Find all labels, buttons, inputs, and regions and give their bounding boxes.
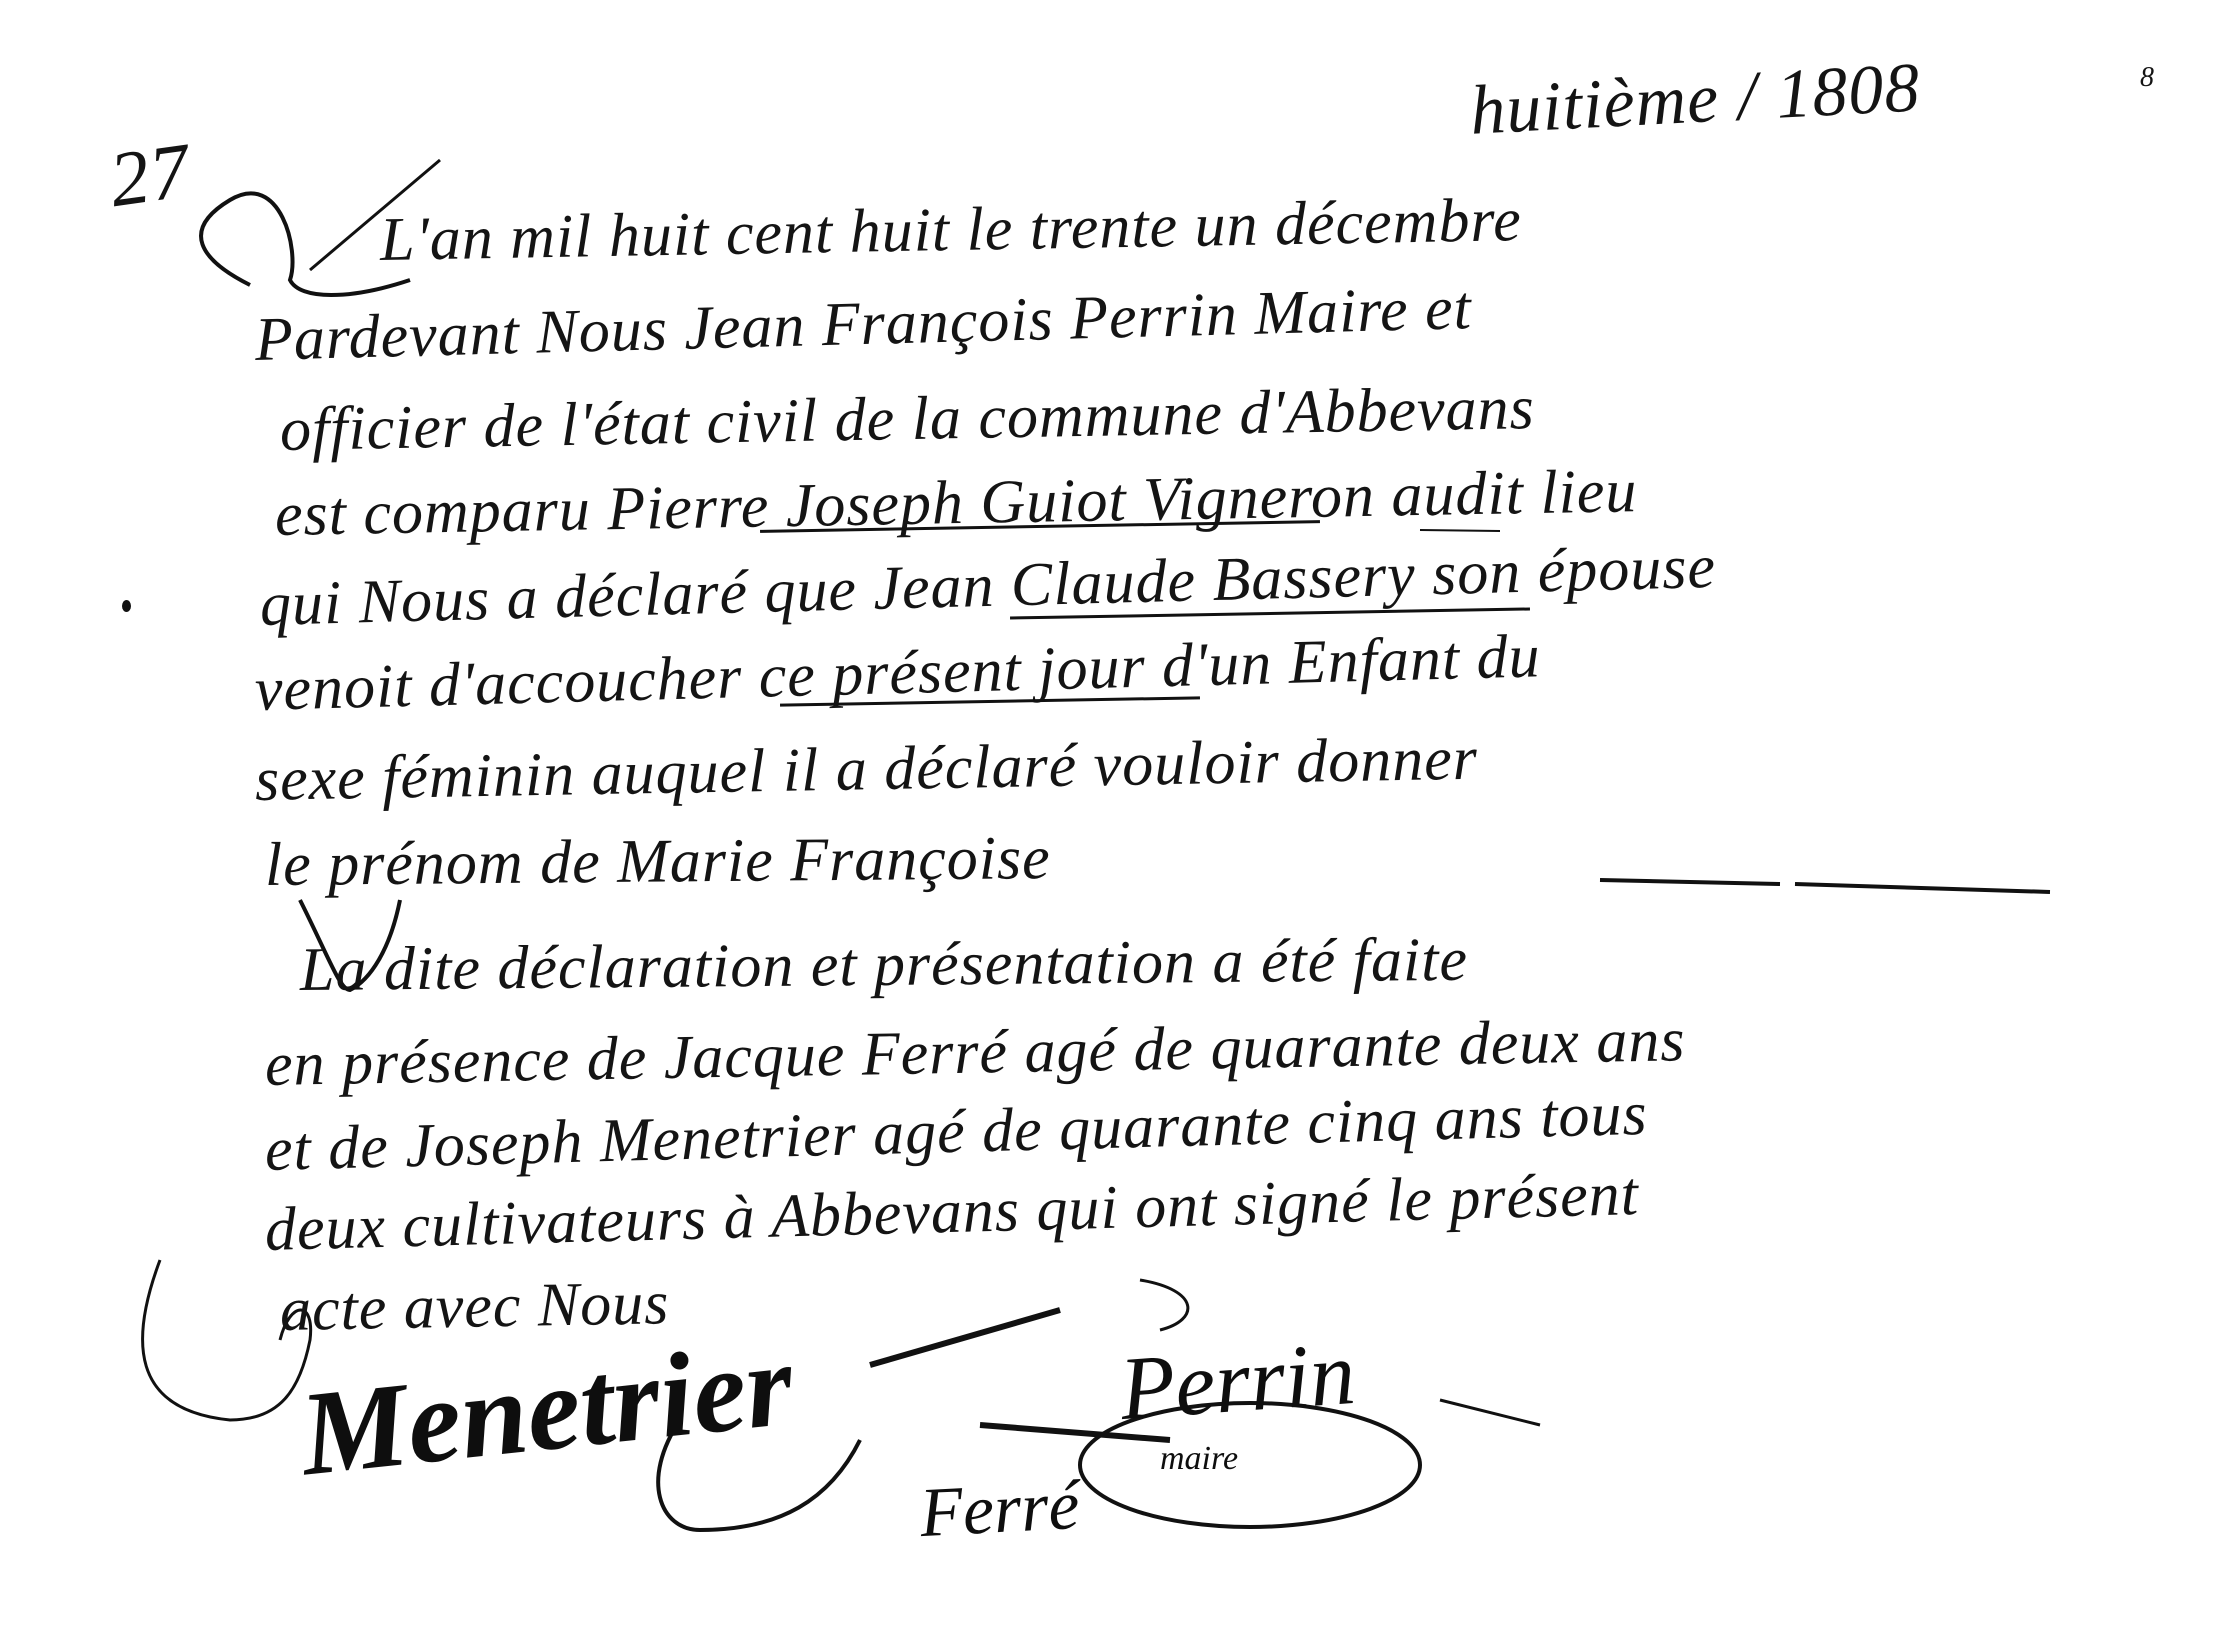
- signature-maire-label: maire: [1160, 1440, 1238, 1478]
- entry-number: 27: [104, 125, 196, 225]
- body-line-1: L'an mil huit cent huit le trente un déc…: [379, 185, 1522, 276]
- declaration-line-1: La dite déclaration et présentation a ét…: [300, 925, 1469, 1006]
- body-line-7: sexe féminin auquel il a déclaré vouloir…: [254, 724, 1478, 816]
- body-line-6: venoit d'accoucher ce présent jour d'un …: [254, 621, 1541, 726]
- body-line-2: Pardevant Nous Jean François Perrin Mair…: [254, 273, 1473, 376]
- ink-dot: [122, 600, 131, 612]
- registry-page: 27 huitième / 1808 8 L'an mil huit cent …: [0, 0, 2238, 1631]
- record-heading: huitième / 1808: [1468, 48, 1922, 151]
- body-line-4: est comparu Pierre Joseph Guiot Vigneron…: [274, 456, 1638, 551]
- signature-perrin: Perrin: [1117, 1322, 1359, 1441]
- corner-mark: 8: [2140, 62, 2155, 94]
- body-line-8: le prénom de Marie Françoise: [265, 823, 1051, 901]
- signature-ferre: Ferré: [918, 1466, 1081, 1554]
- body-line-3: officier de l'état civil de la commune d…: [279, 373, 1535, 466]
